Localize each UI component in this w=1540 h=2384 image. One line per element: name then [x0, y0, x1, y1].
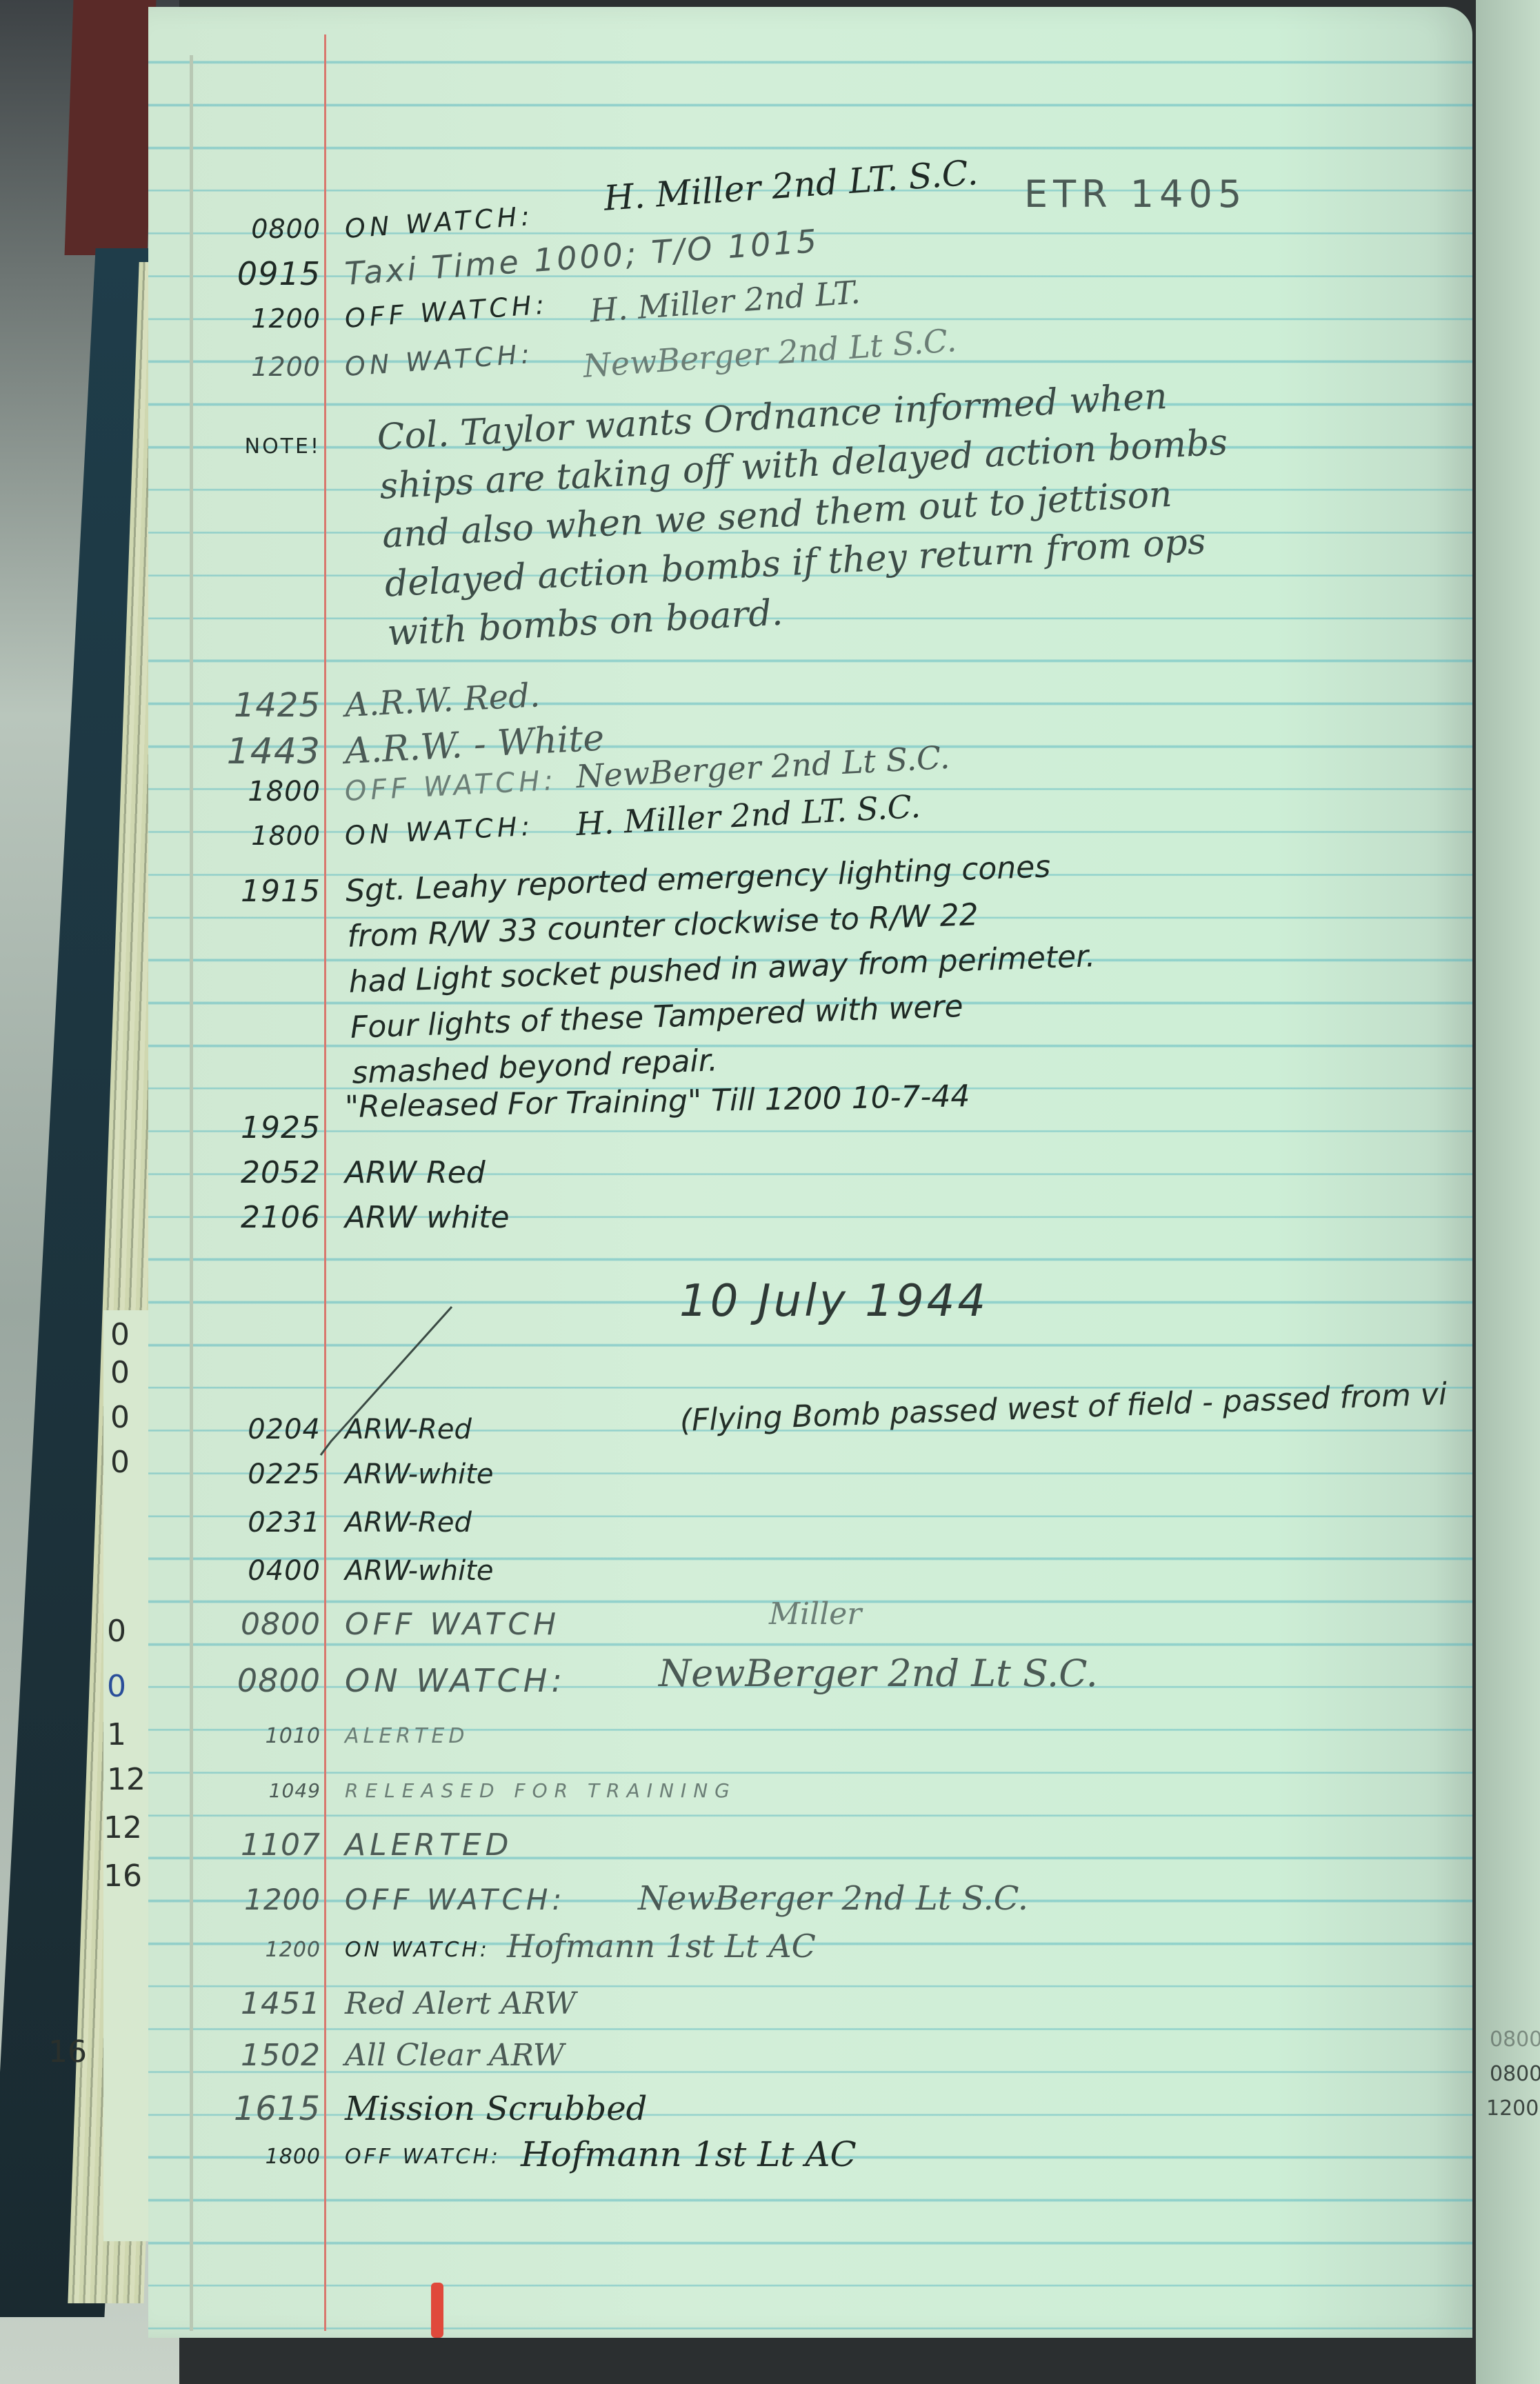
entry-text: ALERTED [345, 1827, 513, 1863]
entry-text: All Clear ARW [345, 2038, 564, 2073]
date-heading: 10 July 1944 [679, 1276, 988, 1327]
log-page: 0800 ON WATCH: H. Miller 2nd LT. S.C. ET… [148, 7, 1472, 2338]
stub-text: 0800 [1490, 2062, 1540, 2086]
entry-time: 1010 [217, 1724, 321, 1748]
stub-text: 0 [110, 1445, 130, 1480]
entry-time: 0231 [217, 1507, 321, 1539]
entry-text: Mission Scrubbed [345, 2090, 647, 2128]
entry-time: 1615 [217, 2090, 321, 2128]
stub-text: 0 [110, 1355, 130, 1390]
entry-text: ARW white [345, 1200, 510, 1235]
entry-time: 1200 [217, 1883, 321, 1916]
entry-time: 1443 [217, 731, 321, 772]
stub-text: 1 [107, 1717, 126, 1752]
entry-time: 1502 [217, 2038, 321, 2073]
stub-text: 0 [110, 1317, 130, 1352]
entry-text: ON WATCH: [345, 1938, 490, 1962]
entry-time: 1107 [217, 1827, 321, 1863]
entry-text: ON WATCH: [345, 1662, 566, 1699]
entry-time: 0225 [217, 1459, 321, 1490]
entry-time: 1925 [217, 1110, 321, 1145]
note-label: NOTE! [217, 434, 321, 459]
entry-text: ARW-Red [345, 1414, 472, 1445]
stub-text: 0 [110, 1400, 130, 1435]
entry-time: 0204 [217, 1414, 321, 1445]
book-cover-red-binding [65, 0, 157, 255]
stub-text: 0800 [1490, 2027, 1540, 2052]
entry-time: 1915 [217, 869, 321, 914]
entry-text: RELEASED FOR TRAINING [345, 1779, 737, 1802]
entry-time: 2052 [217, 1155, 321, 1190]
entry-time: 0400 [217, 1555, 321, 1587]
stub-text: 12 [103, 1810, 142, 1845]
stub-text: 0 [107, 1614, 126, 1649]
entry-time: 0800 [217, 214, 321, 244]
margin-line [324, 34, 326, 2331]
entry-signature: Hofmann 1st Lt AC [507, 1927, 816, 1965]
entry-time: 1800 [217, 2145, 321, 2169]
entry-time: 0800 [217, 1662, 321, 1699]
entry-text: ALERTED [345, 1724, 468, 1748]
stub-text: 12 [107, 1762, 146, 1797]
stub-text: 16 [103, 1859, 142, 1894]
red-ink-mark [431, 2283, 443, 2338]
etr-note: ETR 1405 [1024, 172, 1247, 216]
stub-text: 1200 [1486, 2096, 1539, 2121]
page-inner-border [190, 55, 193, 2331]
entry-time: 1425 [217, 686, 321, 725]
lighting-report: Sgt. Leahy reported emergency lighting c… [345, 843, 1099, 1096]
stub-text: 0 [107, 1669, 126, 1704]
entry-time: 1200 [217, 303, 321, 334]
entry-text: ARW-Red [345, 1507, 472, 1539]
entry-signature: Miller [769, 1596, 861, 1632]
entry-time: 1451 [217, 1986, 321, 2021]
entry-text: Red Alert ARW [345, 1986, 576, 2021]
entry-time: 0800 [217, 1607, 321, 1642]
entry-time: 1800 [217, 776, 321, 808]
entry-signature: NewBerger 2nd Lt S.C. [638, 1879, 1028, 1918]
stub-text: 16 [48, 2034, 87, 2070]
entry-text: OFF WATCH: [345, 1883, 566, 1916]
entry-text: ARW-white [345, 1459, 494, 1490]
entry-time: 0915 [217, 255, 321, 292]
entry-time: 1200 [217, 1938, 321, 1962]
entry-text: ARW Red [345, 1155, 486, 1190]
entry-time: 2106 [217, 1200, 321, 1235]
entry-signature: NewBerger 2nd Lt S.C. [659, 1652, 1098, 1695]
entry-time: 1800 [217, 821, 321, 851]
entry-text: OFF WATCH [345, 1607, 560, 1642]
entry-text: ARW-white [345, 1555, 494, 1587]
entry-time: 1049 [217, 1779, 321, 1802]
entry-time: 1200 [217, 352, 321, 382]
underlying-right-page: 0800 0800 1200 [1476, 0, 1540, 2384]
entry-signature: Hofmann 1st Lt AC [521, 2134, 857, 2174]
entry-text: OFF WATCH: [345, 2145, 501, 2169]
